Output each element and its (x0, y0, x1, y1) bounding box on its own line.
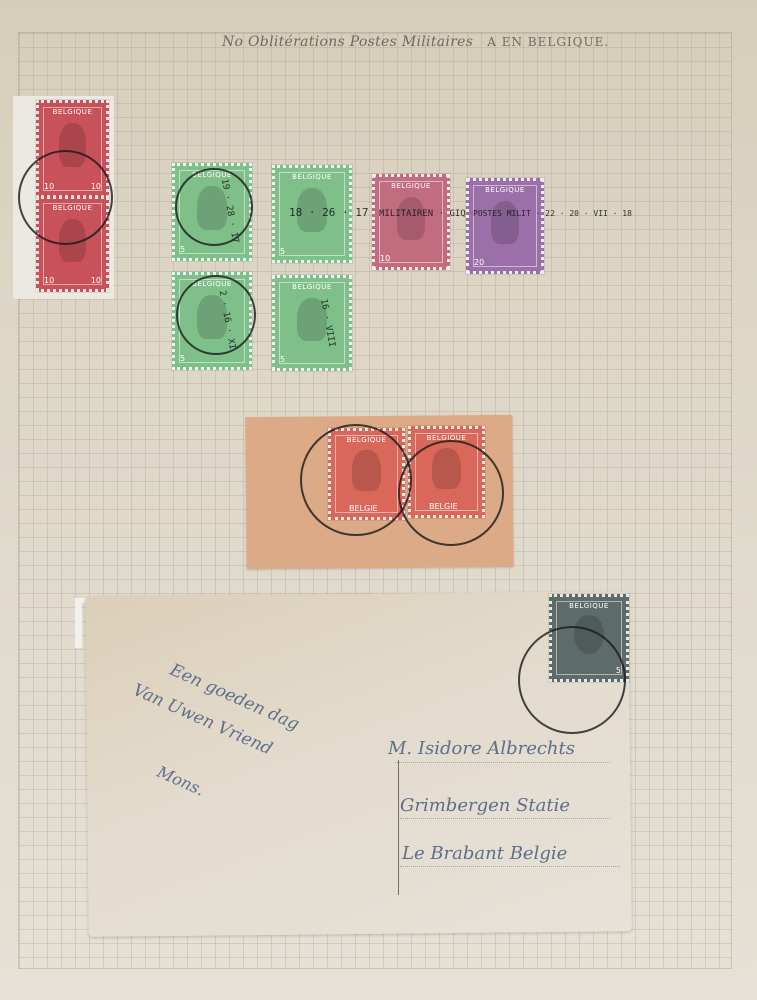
postmark-circle (398, 440, 504, 546)
heading-caps: A EN BELGIQUE. (487, 35, 609, 49)
postmark-circle (300, 424, 412, 536)
heading-script: No Oblitérations Postes Militaires (222, 34, 473, 50)
stamp-violet-20c: BELGIQUE 20 POSTES MILIT · 22 · 20 · VII… (466, 178, 544, 274)
address-line-1: M. Isidore Albrechts (388, 738, 575, 759)
postmark-circle (518, 626, 626, 734)
postmark-circle (175, 168, 253, 246)
postcard-divider (398, 760, 399, 895)
stamp-rose-10c: BELGIQUE 10 MILITAIREN · GIQUE (372, 174, 450, 270)
address-line-2: Grimbergen Statie (400, 795, 570, 816)
album-page: No Oblitérations Postes MilitairesA EN B… (0, 0, 757, 1000)
page-heading: No Oblitérations Postes MilitairesA EN B… (222, 34, 609, 50)
stamp-green-5c-4: BELGIQUE 5 16 · VIII (272, 275, 352, 371)
address-line-3: Le Brabant Belgie (402, 843, 567, 864)
postmark-circle (18, 150, 113, 245)
stamp-green-5c-2: BELGIQUE 5 18 · 26 · 17 (272, 165, 352, 263)
postmark-circle (176, 275, 256, 355)
